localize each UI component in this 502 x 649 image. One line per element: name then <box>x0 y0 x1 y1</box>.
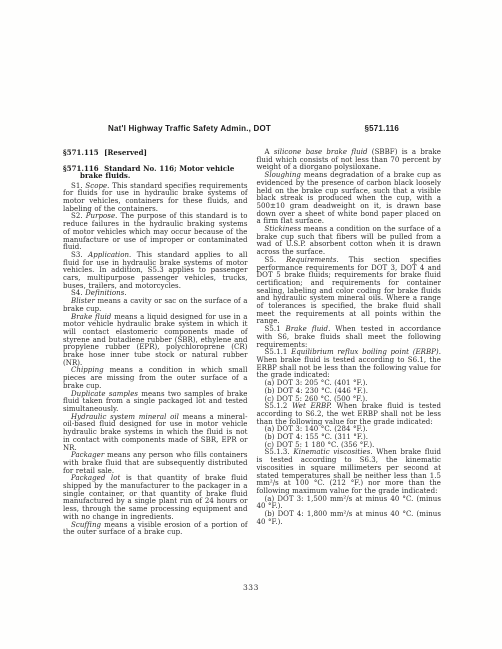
text-block: S5.1 Brake fluid. When tested in accorda… <box>257 326 442 349</box>
text-block: Hydraulic system mineral oil means a min… <box>63 414 248 453</box>
header-agency-title: Nat'l Highway Traffic Safety Admin., DOT <box>108 124 271 133</box>
left-column: §571.115 [Reserved] §571.116 Standard No… <box>63 149 248 537</box>
text-block: Chipping means a condition in which smal… <box>63 367 248 390</box>
block-text: means a liquid designed for use in a mot… <box>63 313 248 367</box>
text-block: Sloughing means degradation of a brake c… <box>257 172 442 226</box>
text-block: A silicone base brake fluid (SBBF) is a … <box>257 149 442 172</box>
text-block: S2. Purpose. The purpose of this standar… <box>63 213 248 252</box>
text-block: S1. Scope. This standard specifies requi… <box>63 183 248 214</box>
text-block: §571.116 Standard No. 116; Motor vehicle… <box>63 165 248 180</box>
text-block: Scuffing means a visible erosion of a po… <box>63 522 248 537</box>
block-text: §571.115 [Reserved] <box>63 148 147 157</box>
text-block: Brake fluid means a liquid designed for … <box>63 314 248 368</box>
text-block: Packaged lot is that quantity of brake f… <box>63 475 248 521</box>
block-text: When brake fluid is tested according to … <box>257 448 442 495</box>
text-block: (a) DOT 3: 1,500 mm²/s at minus 40 °C. (… <box>257 496 442 511</box>
block-text: is that quantity of brake fluid shipped … <box>63 474 248 521</box>
running-header: Nat'l Highway Traffic Safety Admin., DOT… <box>63 124 441 133</box>
text-block: S3. Application. This standard applies t… <box>63 252 248 291</box>
text-block: S5. Requirements. This section specifies… <box>257 257 442 326</box>
page-number: 333 <box>243 583 259 592</box>
text-block: §571.115 [Reserved] <box>63 149 248 157</box>
text-block: (b) DOT 4: 1,800 mm²/s at minus 40 °C. (… <box>257 511 442 526</box>
text-block: Duplicate samples means two samples of b… <box>63 391 248 414</box>
block-text: §571.116 Standard No. 116; Motor vehicle… <box>63 164 234 181</box>
header-section-number: §571.116 <box>364 124 399 133</box>
text-block: Stickiness means a condition on the surf… <box>257 226 442 257</box>
page-footer: 333 <box>0 583 502 592</box>
block-text: (a) DOT 3: 1,500 mm²/s at minus 40 °C. (… <box>257 495 442 511</box>
block-text: When brake fluid is tested according to … <box>257 356 442 379</box>
page-body: §571.115 [Reserved] §571.116 Standard No… <box>63 149 441 537</box>
text-block: Blister means a cavity or sac on the sur… <box>63 298 248 313</box>
block-text: (b) DOT 4: 1,800 mm²/s at minus 40 °C. (… <box>257 510 442 526</box>
block-text: means degradation of a brake cup as evid… <box>257 171 442 225</box>
right-column: A silicone base brake fluid (SBBF) is a … <box>257 149 442 537</box>
text-block: S5.1.2 Wet ERBP. When brake fluid is tes… <box>257 403 442 426</box>
text-block: Packager means any person who fills cont… <box>63 452 248 475</box>
document-page: Nat'l Highway Traffic Safety Admin., DOT… <box>0 0 502 649</box>
text-block: S5.1.1 Equilibrium reflux boiling point … <box>257 349 442 380</box>
block-text: This section specifies performance requi… <box>257 256 442 326</box>
text-block: S5.1.3. Kinematic viscosities. When brak… <box>257 449 442 495</box>
